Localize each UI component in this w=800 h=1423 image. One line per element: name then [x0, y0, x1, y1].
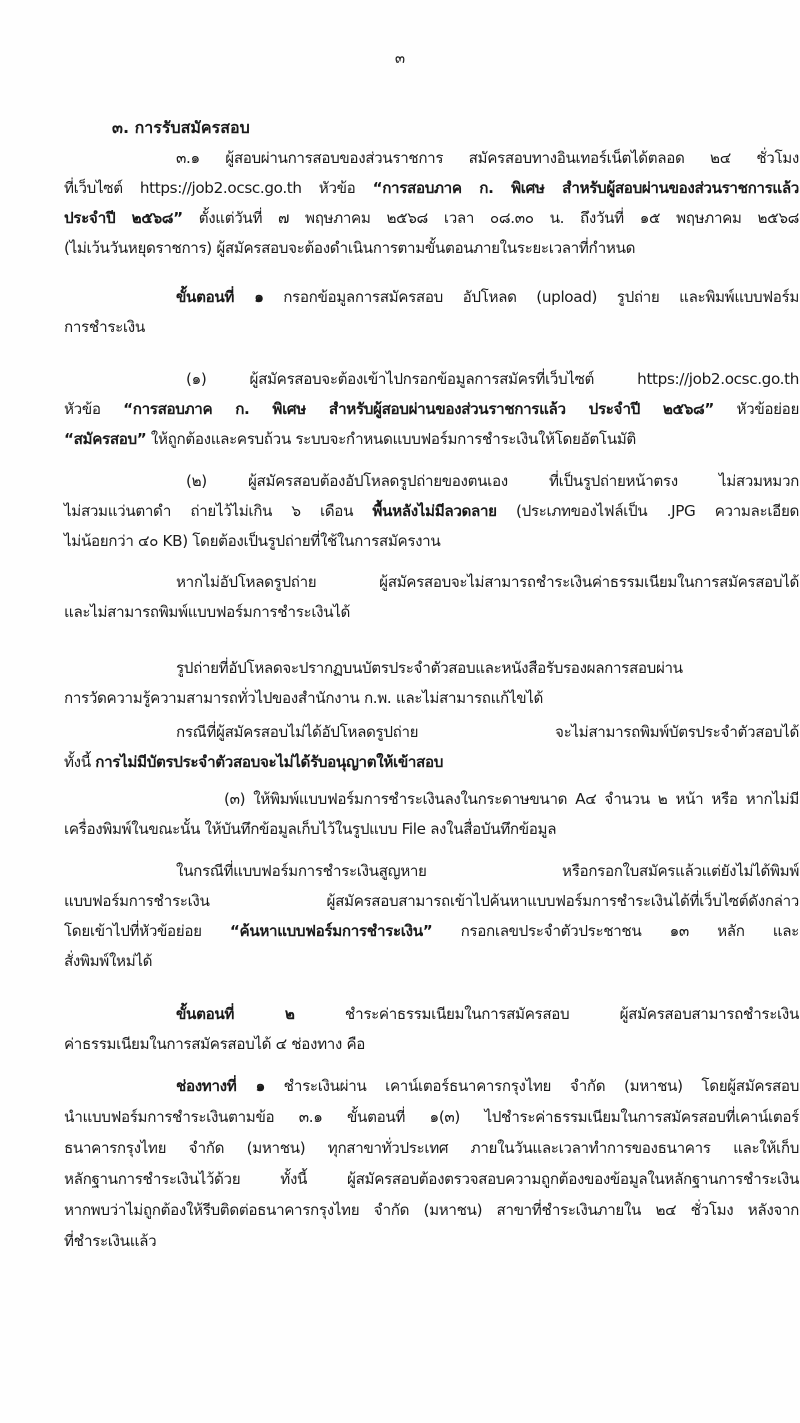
item-2-line-1: (๒) ผู้สมัครสอบต้องอัปโหลดรูปถ่ายของตนเอ…	[186, 470, 799, 492]
item-2-line-2: ไม่สวมแว่นตาดำ ถ่ายไว้ไม่เกิน ๖ เดือน พื…	[64, 500, 799, 522]
channel-1-line-4: หลักฐานการชำระเงินไว้ด้วย ทั้งนี้ ผู้สมั…	[64, 1168, 799, 1190]
text: (ประเภทของไฟล์เป็น .JPG ความละเอียด	[497, 502, 799, 520]
background-requirement-bold: พื้นหลังไม่มีลวดลาย	[372, 502, 496, 520]
apply-subtopic-bold: “สมัครสอบ”	[64, 430, 146, 448]
step-2-line-2: ค่าธรรมเนียมในการสมัครสอบได้ ๔ ช่องทาง ค…	[64, 1033, 799, 1055]
text: ให้ถูกต้องและครบถ้วน ระบบจะกำหนดแบบฟอร์ม…	[146, 430, 635, 448]
channel-1-line-2: นำแบบฟอร์มการชำระเงินตามข้อ ๓.๑ ขั้นตอนท…	[64, 1106, 799, 1128]
channel-1-line-5: หากพบว่าไม่ถูกต้องให้รีบติดต่อธนาคารกรุง…	[64, 1199, 799, 1221]
paragraph-3-1-line-4: (ไม่เว้นวันหยุดราชการ) ผู้สมัครสอบจะต้อง…	[64, 237, 799, 259]
text: ตั้งแต่วันที่ ๗ พฤษภาคม ๒๕๖๘ เวลา ๐๘.๓๐ …	[183, 209, 799, 227]
text: หัวข้อย่อย	[714, 400, 799, 418]
paragraph-3-1-line-3: ประจำปี ๒๕๖๘” ตั้งแต่วันที่ ๗ พฤษภาคม ๒๕…	[64, 207, 799, 229]
exam-title-bold: “การสอบภาค ก. พิเศษ สำหรับผู้สอบผ่านของส…	[123, 400, 714, 418]
photo-note-2-line-2: การวัดความรู้ความสามารถทั่วไปของสำนักงาน…	[64, 687, 799, 709]
admission-warning-bold: การไม่มีบัตรประจำตัวสอบจะไม่ได้รับอนุญาต…	[95, 753, 443, 771]
step-2-line-1: ขั้นตอนที่ ๒ ชำระค่าธรรมเนียมในการสมัครส…	[176, 1003, 799, 1025]
lost-form-line-3: โดยเข้าไปที่หัวข้อย่อย “ค้นหาแบบฟอร์มการ…	[64, 920, 799, 942]
channel-1-label: ช่องทางที่ ๑	[176, 1077, 265, 1095]
item-1-line-2: หัวข้อ “การสอบภาค ก. พิเศษ สำหรับผู้สอบผ…	[64, 398, 799, 420]
step-2-label: ขั้นตอนที่ ๒	[176, 1005, 295, 1023]
text: ชำระเงินผ่าน เคาน์เตอร์ธนาคารกรุงไทย จำก…	[265, 1077, 799, 1095]
step-1-line-2: การชำระเงิน	[64, 316, 799, 338]
text: ๓.๑ ผู้สอบผ่านการสอบของส่วนราชการ สมัครส…	[176, 149, 799, 167]
text: ไม่สวมแว่นตาดำ ถ่ายไว้ไม่เกิน ๖ เดือน	[64, 502, 372, 520]
item-2-line-3: ไม่น้อยกว่า ๔๐ KB) โดยต้องเป็นรูปถ่ายที่…	[64, 530, 799, 552]
channel-1-line-6: ที่ชำระเงินแล้ว	[64, 1230, 799, 1252]
section-heading: ๓. การรับสมัครสอบ	[112, 117, 250, 139]
paragraph-3-1-line-1: ๓.๑ ผู้สอบผ่านการสอบของส่วนราชการ สมัครส…	[176, 147, 799, 169]
exam-title-bold: “การสอบภาค ก. พิเศษ สำหรับผู้สอบผ่านของส…	[373, 179, 799, 197]
step-1-label: ขั้นตอนที่ ๑	[176, 288, 264, 306]
lost-form-line-1: ในกรณีที่แบบฟอร์มการชำระเงินสูญหาย หรือก…	[176, 860, 799, 882]
text: กรอกข้อมูลการสมัครสอบ อัปโหลด (upload) ร…	[264, 288, 800, 306]
text: หัวข้อ	[64, 400, 123, 418]
page-number: ๓	[0, 46, 800, 70]
lost-form-line-4: สั่งพิมพ์ใหม่ได้	[64, 950, 799, 972]
photo-note-3-line-1: กรณีที่ผู้สมัครสอบไม่ได้อัปโหลดรูปถ่าย จ…	[176, 721, 799, 743]
photo-note-1-line-2: และไม่สามารถพิมพ์แบบฟอร์มการชำระเงินได้	[64, 601, 799, 623]
item-1-line-1: (๑) ผู้สมัครสอบจะต้องเข้าไปกรอกข้อมูลการ…	[186, 368, 799, 390]
document-page: ๓ ๓. การรับสมัครสอบ ๓.๑ ผู้สอบผ่านการสอบ…	[0, 0, 800, 1423]
channel-1-line-1: ช่องทางที่ ๑ ชำระเงินผ่าน เคาน์เตอร์ธนาค…	[176, 1075, 799, 1097]
item-3-line-1: (๓) ให้พิมพ์แบบฟอร์มการชำระเงินลงในกระดา…	[224, 788, 799, 810]
photo-note-1-line-1: หากไม่อัปโหลดรูปถ่าย ผู้สมัครสอบจะไม่สาม…	[176, 571, 799, 593]
search-form-subtopic-bold: “ค้นหาแบบฟอร์มการชำระเงิน”	[230, 922, 432, 940]
paragraph-3-1-line-2: ที่เว็บไซต์ https://job2.ocsc.go.th หัวข…	[64, 177, 799, 199]
exam-year-bold: ประจำปี ๒๕๖๘”	[64, 209, 183, 227]
text: ชำระค่าธรรมเนียมในการสมัครสอบ ผู้สมัครสอ…	[295, 1005, 800, 1023]
photo-note-3-line-2: ทั้งนี้ การไม่มีบัตรประจำตัวสอบจะไม่ได้ร…	[64, 751, 799, 773]
photo-note-2-line-1: รูปถ่ายที่อัปโหลดจะปรากฏบนบัตรประจำตัวสอ…	[176, 657, 799, 679]
text: กรอกเลขประจำตัวประชาชน ๑๓ หลัก และ	[432, 922, 799, 940]
text: ที่เว็บไซต์ https://job2.ocsc.go.th หัวข…	[64, 179, 373, 197]
item-1-line-3: “สมัครสอบ” ให้ถูกต้องและครบถ้วน ระบบจะกำ…	[64, 428, 799, 450]
lost-form-line-2: แบบฟอร์มการชำระเงิน ผู้สมัครสอบสามารถเข้…	[64, 890, 799, 912]
text: โดยเข้าไปที่หัวข้อย่อย	[64, 922, 230, 940]
channel-1-line-3: ธนาคารกรุงไทย จำกัด (มหาชน) ทุกสาขาทั่วป…	[64, 1137, 799, 1159]
item-3-line-2: เครื่องพิมพ์ในขณะนั้น ให้บันทึกข้อมูลเก็…	[64, 818, 799, 840]
step-1-line-1: ขั้นตอนที่ ๑ กรอกข้อมูลการสมัครสอบ อัปโห…	[176, 286, 799, 308]
text: ทั้งนี้	[64, 753, 95, 771]
